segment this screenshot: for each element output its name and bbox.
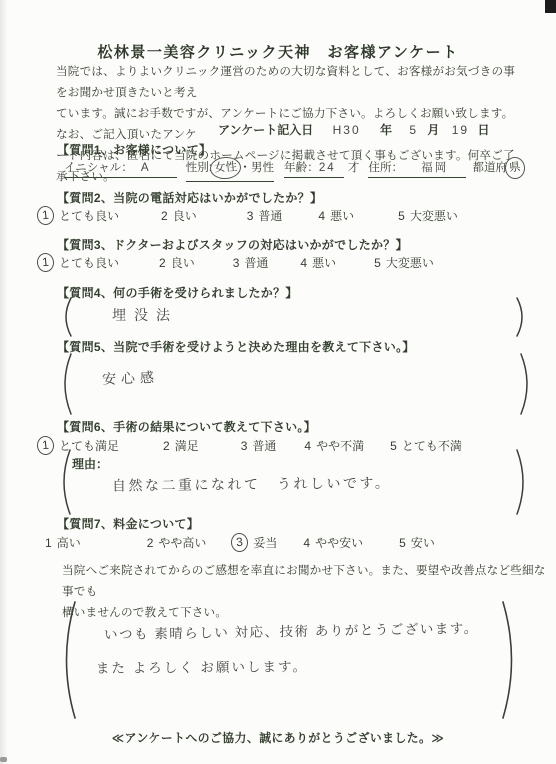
close-paren xyxy=(500,600,522,720)
option-label: 満足 xyxy=(175,437,199,454)
selected-circle: 1 xyxy=(36,435,55,455)
close-paren xyxy=(514,296,530,338)
question-3-heading: 【質問3、ドクターおよびスタッフの対応はいかがでしたか？】 xyxy=(57,236,408,253)
option-1: 1とても良い xyxy=(40,253,119,272)
question-5-answer: 安心感 xyxy=(102,367,160,389)
date-day-suffix: 日 xyxy=(477,123,489,137)
option-number: 2 xyxy=(147,536,154,550)
prefecture-ken-circle: 県 xyxy=(504,156,525,179)
option-number: 3 xyxy=(241,439,248,453)
question-1-fields: イニシャル：A 性別:女性・男性 年齢：24 才 住所：福岡 都道府県 xyxy=(64,157,523,182)
question-5-heading: 【質問5、当院で手術を受けようと決めた理由を教えて下さい。】 xyxy=(57,338,415,355)
option-1: 1高い xyxy=(45,534,81,551)
option-number: 3 xyxy=(247,209,254,223)
option-number: 5 xyxy=(374,256,381,270)
gender-field: 性別:女性・男性 xyxy=(186,157,274,182)
option-label: 悪い xyxy=(330,207,354,224)
question-3-options: 1とても良い 2良い 3普通 4悪い 5大変悪い xyxy=(40,253,434,272)
option-label: 高い xyxy=(57,534,81,551)
survey-page: 松林景一美容クリニック天神 お客様アンケート 当院では、よりよいクリニック運営の… xyxy=(0,0,556,764)
open-paren xyxy=(58,296,74,338)
option-number: 5 xyxy=(398,209,405,223)
option-5: 5安い xyxy=(399,534,435,551)
option-label: 普通 xyxy=(252,437,276,454)
option-4: 4やや安い xyxy=(303,534,363,551)
scan-smudge xyxy=(0,757,7,762)
option-label: 良い xyxy=(173,207,197,224)
prefecture-suffix: 都道府 xyxy=(472,159,507,175)
close-paren xyxy=(514,448,532,516)
option-number: 1 xyxy=(45,536,52,550)
option-4: 4悪い xyxy=(300,254,336,271)
feedback-answer-line: また よろしく お願いします。 xyxy=(96,655,308,677)
option-label: やや高い xyxy=(158,534,206,551)
option-number: 2 xyxy=(163,439,170,453)
selected-circle: 3 xyxy=(231,532,250,552)
option-2: 2満足 xyxy=(163,437,199,454)
date-day-value: 19 xyxy=(452,123,469,137)
initial-field: イニシャル：A xyxy=(64,159,177,178)
date-label: アンケート記入日 xyxy=(218,123,313,137)
option-2: 2良い xyxy=(161,207,197,224)
gender-female-circle: 女性 xyxy=(209,156,242,180)
option-4: 4やや不満 xyxy=(304,437,364,454)
close-paren xyxy=(518,352,536,416)
option-number: 2 xyxy=(159,256,166,270)
option-label: 安い xyxy=(411,534,435,551)
option-2: 2やや高い xyxy=(147,534,207,551)
prompt-line: 当院へご来院されてからのご感想を率直にお聞かせ下さい。また、要望や改善点など些細… xyxy=(62,560,556,602)
option-3: 3普通 xyxy=(247,207,283,224)
option-label: 普通 xyxy=(258,207,282,224)
option-label: とても良い xyxy=(59,207,119,224)
gender-female: 女性 xyxy=(214,160,238,175)
option-3: 3普通 xyxy=(241,437,277,454)
option-number: 4 xyxy=(318,209,325,223)
option-5: 5とても不満 xyxy=(390,437,462,454)
date-month-suffix: 月 xyxy=(427,123,439,137)
question-6-reason: 自然な二重になれて うれしいです。 xyxy=(112,473,392,496)
option-label: やや安い xyxy=(315,534,363,551)
age-value: 24 xyxy=(319,161,336,174)
address-label: 住所： xyxy=(368,161,403,174)
option-label: 悪い xyxy=(312,254,336,271)
question-1-heading: 【質問1、お客様について】 xyxy=(57,141,211,158)
question-4-heading: 【質問4、何の手術を受けられましたか？】 xyxy=(57,284,298,301)
age-field: 年齢：24 xyxy=(284,159,344,178)
open-paren xyxy=(56,352,74,416)
page-title: 松林景一美容クリニック天神 お客様アンケート xyxy=(0,41,556,62)
question-6-heading: 【質問6、手術の結果について教えて下さい。】 xyxy=(57,418,316,435)
date-year-suffix: 年 xyxy=(380,123,392,137)
option-label: 妥当 xyxy=(253,534,277,551)
option-label: とても良い xyxy=(59,254,119,271)
gender-male: 男性 xyxy=(251,161,274,174)
option-2: 2良い xyxy=(159,254,195,271)
question-2-heading: 【質問2、当院の電話対応はいかがでしたか？】 xyxy=(57,189,322,206)
option-3: 3妥当 xyxy=(234,533,277,552)
option-number: 3 xyxy=(233,256,240,270)
option-label: 普通 xyxy=(244,254,268,271)
option-number: 2 xyxy=(161,209,168,223)
date-month-value: 5 xyxy=(409,123,418,137)
age-unit: 才 xyxy=(348,159,360,175)
initial-label: イニシャル： xyxy=(64,161,133,174)
open-paren xyxy=(56,600,78,720)
selected-circle: 1 xyxy=(36,252,55,272)
reason-label: 理由： xyxy=(72,455,108,472)
question-2-options: 1とても良い 2良い 3普通 4悪い 5大変悪い xyxy=(40,206,458,225)
option-5: 5大変悪い xyxy=(374,254,434,271)
open-paren xyxy=(55,448,73,516)
age-label: 年齢： xyxy=(284,161,319,174)
option-number: 5 xyxy=(399,536,406,550)
option-number: 4 xyxy=(304,439,311,453)
option-label: 大変悪い xyxy=(386,254,434,271)
option-label: やや不満 xyxy=(316,437,364,454)
address-value: 福岡 xyxy=(421,161,448,174)
footer-thanks: ≪アンケートへのご協力、誠にありがとうございました。≫ xyxy=(0,729,556,746)
gender-label: 性別: xyxy=(186,161,212,174)
option-label: とても不満 xyxy=(402,437,462,454)
prefecture-ken: 県 xyxy=(509,161,521,175)
option-1: 1とても良い xyxy=(40,206,119,225)
question-7-heading: 【質問7、料金について】 xyxy=(57,515,199,532)
scan-corner-mark xyxy=(545,0,556,13)
feedback-prompt: 当院へご来院されてからのご感想を率直にお聞かせ下さい。また、要望や改善点など些細… xyxy=(62,560,556,623)
option-number: 5 xyxy=(390,439,397,453)
question-4-answer: 埋没法 xyxy=(112,305,178,325)
scan-edge-shadow xyxy=(0,0,8,764)
option-label: 良い xyxy=(171,254,195,271)
question-6-options: 1とても満足 2満足 3普通 4やや不満 5とても不満 xyxy=(40,436,462,455)
initial-value: A xyxy=(141,161,151,174)
selected-circle: 1 xyxy=(36,205,55,225)
option-5: 5大変悪い xyxy=(398,207,458,224)
intro-line: 当院では、よりよいクリニック運営のための大切な資料として、お客様がお気づきの事を… xyxy=(56,61,516,103)
option-1: 1とても満足 xyxy=(40,436,119,455)
option-number: 4 xyxy=(300,256,307,270)
address-field: 住所：福岡 xyxy=(368,159,466,178)
option-4: 4悪い xyxy=(318,207,354,224)
option-3: 3普通 xyxy=(233,254,269,271)
date-line: アンケート記入日 H30 年 5 月 19 日 xyxy=(218,121,489,138)
option-number: 4 xyxy=(303,536,310,550)
question-7-options: 1高い 2やや高い 3妥当 4やや安い 5安い xyxy=(45,533,435,552)
date-era-value: H30 xyxy=(333,123,361,137)
option-label: 大変悪い xyxy=(410,207,458,224)
